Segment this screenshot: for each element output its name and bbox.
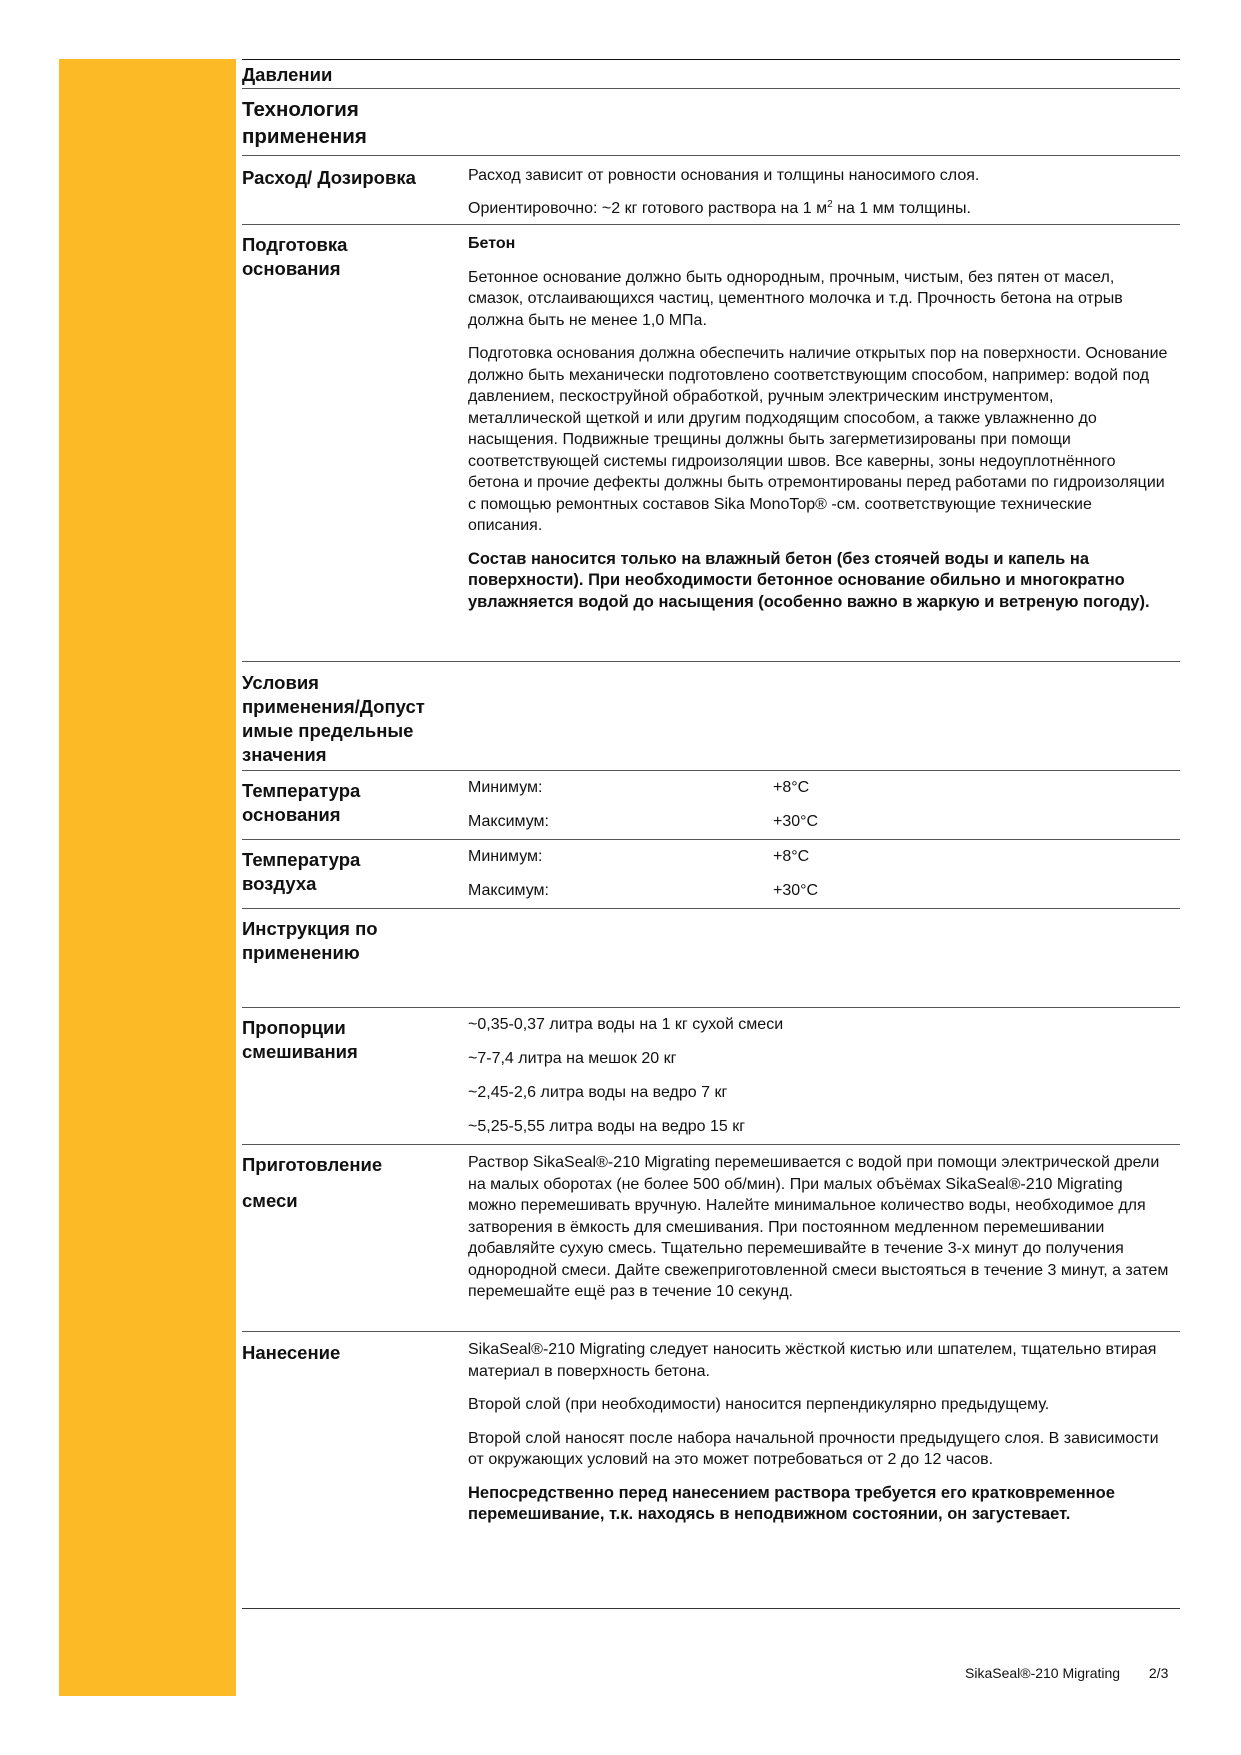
page-number: 2/3	[1149, 1665, 1168, 1681]
row-label: Расход/ Дозировка	[242, 156, 468, 224]
bottom-rule	[242, 1608, 1180, 1609]
min-value-row: Минимум: +8°C	[468, 771, 1170, 805]
row-label: Давлении	[242, 60, 468, 88]
row-instrukciya: Инструкция по применению	[242, 908, 1180, 1007]
row-label: Пропорции смешивания	[242, 1008, 468, 1144]
row-temp-osnovaniya: Температура основания Минимум: +8°C Макс…	[242, 770, 1180, 839]
page-footer: SikaSeal®-210 Migrating 2/3	[965, 1665, 1168, 1681]
section-tekhnologiya: Технология применения	[242, 88, 1180, 155]
row-label: Нанесение	[242, 1332, 468, 1608]
row-content: Минимум: +8°C Максимум: +30°C	[468, 771, 1180, 839]
row-davlenii: Давлении	[242, 59, 1180, 88]
row-content: Расход зависит от ровности основания и т…	[468, 156, 1180, 224]
row-content: Раствор SikaSeal®-210 Migrating перемеши…	[468, 1145, 1180, 1331]
max-value-row: Максимум: +30°C	[468, 805, 1170, 839]
section-heading: Технология применения	[242, 89, 642, 155]
row-content: SikaSeal®-210 Migrating следует наносить…	[468, 1332, 1180, 1608]
row-podgotovka: Подготовка основания Бетон Бетонное осно…	[242, 224, 1180, 661]
row-label: Температура основания	[242, 771, 468, 839]
row-usloviya: Условия применения/Допуст имые предельны…	[242, 661, 1180, 770]
footer-product-name: SikaSeal®-210 Migrating	[965, 1665, 1145, 1681]
list-item: ~5,25-5,55 литра воды на ведро 15 кг	[468, 1110, 1170, 1144]
list-item: ~0,35-0,37 литра воды на 1 кг сухой смес…	[468, 1008, 1170, 1042]
row-label: Подготовка основания	[242, 225, 468, 661]
row-content: Бетон Бетонное основание должно быть одн…	[468, 225, 1180, 661]
row-content: Минимум: +8°C Максимум: +30°C	[468, 840, 1180, 908]
max-value-row: Максимум: +30°C	[468, 874, 1170, 908]
min-value-row: Минимум: +8°C	[468, 840, 1170, 874]
row-content: ~0,35-0,37 литра воды на 1 кг сухой смес…	[468, 1008, 1180, 1144]
technical-data-sheet: Давлении Технология применения Расход/ Д…	[242, 59, 1180, 1609]
brand-color-bar	[59, 59, 236, 1696]
row-prigotovlenie: Приготовление смеси Раствор SikaSeal®-21…	[242, 1144, 1180, 1331]
row-raskhod: Расход/ Дозировка Расход зависит от ровн…	[242, 155, 1180, 224]
row-temp-vozdukha: Температура воздуха Минимум: +8°C Максим…	[242, 839, 1180, 908]
row-nanesenie: Нанесение SikaSeal®-210 Migrating следуе…	[242, 1331, 1180, 1608]
row-label: Приготовление смеси	[242, 1145, 468, 1331]
row-label: Инструкция по применению	[242, 909, 468, 1007]
list-item: ~7-7,4 литра на мешок 20 кг	[468, 1042, 1170, 1076]
list-item: ~2,45-2,6 литра воды на ведро 7 кг	[468, 1076, 1170, 1110]
row-proporcii: Пропорции смешивания ~0,35-0,37 литра во…	[242, 1007, 1180, 1144]
row-label: Условия применения/Допуст имые предельны…	[242, 662, 468, 770]
row-label: Температура воздуха	[242, 840, 468, 908]
